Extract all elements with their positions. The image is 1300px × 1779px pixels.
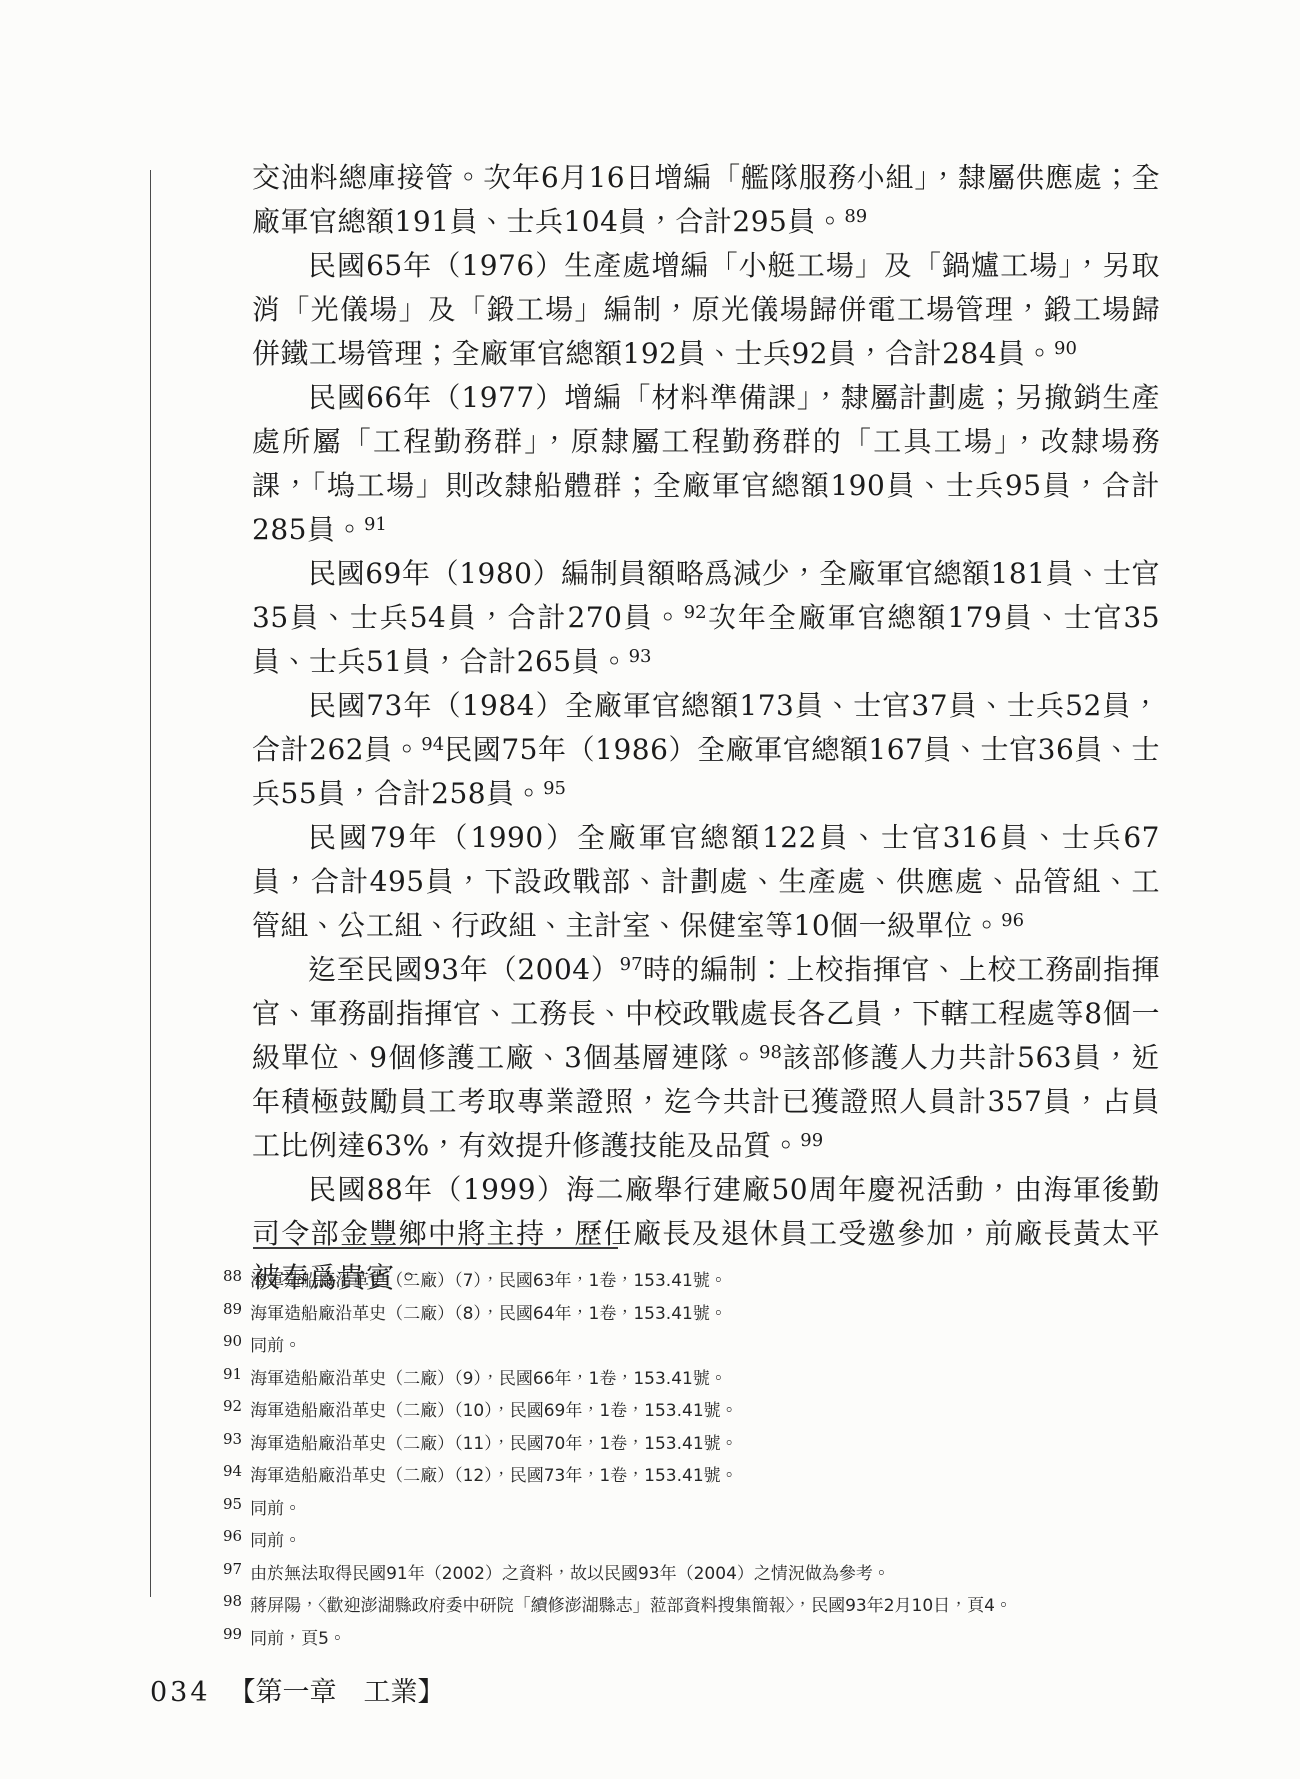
footnote-number: 88 [223, 1267, 242, 1285]
body-paragraph: 迄至民國93年（2004）97時的編制：上校指揮官、上校工務副指揮官、軍務副指揮… [252, 948, 1160, 1168]
footnote-number: 90 [223, 1332, 242, 1350]
footnote-number: 91 [223, 1365, 242, 1383]
book-page: 交油料總庫接管。次年6月16日增編「艦隊服務小組」，隸屬供應處；全廠軍官總額19… [0, 0, 1300, 1779]
body-paragraph: 民國69年（1980）編制員額略爲減少，全廠軍官總額181員、士官35員、士兵5… [252, 552, 1160, 684]
footnote-list: 88海軍造船廠沿革史（二廠）（7），民國63年，1卷，153.41號。89海軍造… [223, 1263, 1188, 1653]
footnote-item: 98蔣屏陽，〈歡迎澎湖縣政府委中研院「續修澎湖縣志」蒞部資料搜集簡報〉，民國93… [223, 1588, 1188, 1621]
footnote-text: 海軍造船廠沿革史（二廠）（7），民國63年，1卷，153.41號。 [250, 1271, 727, 1291]
footnote-number: 92 [223, 1397, 242, 1415]
footnote-item: 95同前。 [223, 1491, 1188, 1524]
footnote-text: 海軍造船廠沿革史（二廠）（8），民國64年，1卷，153.41號。 [250, 1304, 727, 1324]
footnote-text: 同前。 [250, 1531, 301, 1551]
footnote-number: 96 [223, 1527, 242, 1545]
footnote-ref: 96 [1001, 910, 1024, 931]
footnote-item: 94海軍造船廠沿革史（二廠）（12），民國73年，1卷，153.41號。 [223, 1458, 1188, 1491]
footnote-ref: 93 [629, 646, 652, 667]
body-paragraph: 民國65年（1976）生產處增編「小艇工場」及「鍋爐工場」，另取消「光儀場」及「… [252, 244, 1160, 376]
footnote-text: 由於無法取得民國91年（2002）之資料，故以民國93年（2004）之情況做為參… [250, 1564, 890, 1584]
footnote-item: 96同前。 [223, 1523, 1188, 1556]
footnote-ref: 98 [759, 1042, 782, 1063]
footnote-text: 同前，頁5。 [250, 1629, 346, 1649]
footnote-item: 90同前。 [223, 1328, 1188, 1361]
footnote-item: 89海軍造船廠沿革史（二廠）（8），民國64年，1卷，153.41號。 [223, 1296, 1188, 1329]
page-footer: 034【第一章 工業】 [150, 1670, 445, 1709]
footnote-ref: 92 [684, 602, 707, 623]
footnote-ref: 91 [364, 514, 387, 535]
body-paragraph: 民國73年（1984）全廠軍官總額173員、士官37員、士兵52員，合計262員… [252, 684, 1160, 816]
footnote-number: 98 [223, 1592, 242, 1610]
footnote-ref: 97 [620, 954, 643, 975]
footnote-ref: 94 [421, 734, 444, 755]
body-text-block: 交油料總庫接管。次年6月16日增編「艦隊服務小組」，隸屬供應處；全廠軍官總額19… [252, 156, 1160, 1300]
footnote-text: 海軍造船廠沿革史（二廠）（12），民國73年，1卷，153.41號。 [250, 1466, 738, 1486]
footnote-item: 93海軍造船廠沿革史（二廠）（11），民國70年，1卷，153.41號。 [223, 1426, 1188, 1459]
body-paragraph: 民國66年（1977）增編「材料準備課」，隸屬計劃處；另撤銷生產處所屬「工程勤務… [252, 376, 1160, 552]
footnote-item: 99同前，頁5。 [223, 1621, 1188, 1654]
footnote-number: 95 [223, 1495, 242, 1513]
footnote-item: 92海軍造船廠沿革史（二廠）（10），民國69年，1卷，153.41號。 [223, 1393, 1188, 1426]
footnote-number: 97 [223, 1560, 242, 1578]
footnote-text: 同前。 [250, 1499, 301, 1519]
left-margin-rule [150, 170, 151, 1597]
footnote-item: 88海軍造船廠沿革史（二廠）（7），民國63年，1卷，153.41號。 [223, 1263, 1188, 1296]
footnotes-section: 88海軍造船廠沿革史（二廠）（7），民國63年，1卷，153.41號。89海軍造… [223, 1247, 1188, 1653]
footnote-ref: 95 [543, 778, 566, 799]
footnote-text: 海軍造船廠沿革史（二廠）（11），民國70年，1卷，153.41號。 [250, 1434, 738, 1454]
body-paragraph: 交油料總庫接管。次年6月16日增編「艦隊服務小組」，隸屬供應處；全廠軍官總額19… [252, 156, 1160, 244]
chapter-title: 【第一章 工業】 [229, 1677, 445, 1708]
footnote-text: 蔣屏陽，〈歡迎澎湖縣政府委中研院「續修澎湖縣志」蒞部資料搜集簡報〉，民國93年2… [250, 1596, 1012, 1616]
footnote-number: 99 [223, 1625, 242, 1643]
footnote-text: 海軍造船廠沿革史（二廠）（10），民國69年，1卷，153.41號。 [250, 1401, 738, 1421]
footnote-text: 同前。 [250, 1336, 301, 1356]
footnote-number: 94 [223, 1462, 242, 1480]
footnote-text: 海軍造船廠沿革史（二廠）（9），民國66年，1卷，153.41號。 [250, 1369, 727, 1389]
footnote-item: 97由於無法取得民國91年（2002）之資料，故以民國93年（2004）之情況做… [223, 1556, 1188, 1589]
page-number: 034 [150, 1677, 211, 1708]
footnote-separator [253, 1247, 618, 1249]
footnote-ref: 90 [1054, 338, 1077, 359]
footnote-number: 93 [223, 1430, 242, 1448]
footnote-item: 91海軍造船廠沿革史（二廠）（9），民國66年，1卷，153.41號。 [223, 1361, 1188, 1394]
footnote-number: 89 [223, 1300, 242, 1318]
footnote-ref: 89 [844, 206, 867, 227]
body-paragraph: 民國79年（1990）全廠軍官總額122員、士官316員、士兵67員，合計495… [252, 816, 1160, 948]
footnote-ref: 99 [800, 1130, 823, 1151]
